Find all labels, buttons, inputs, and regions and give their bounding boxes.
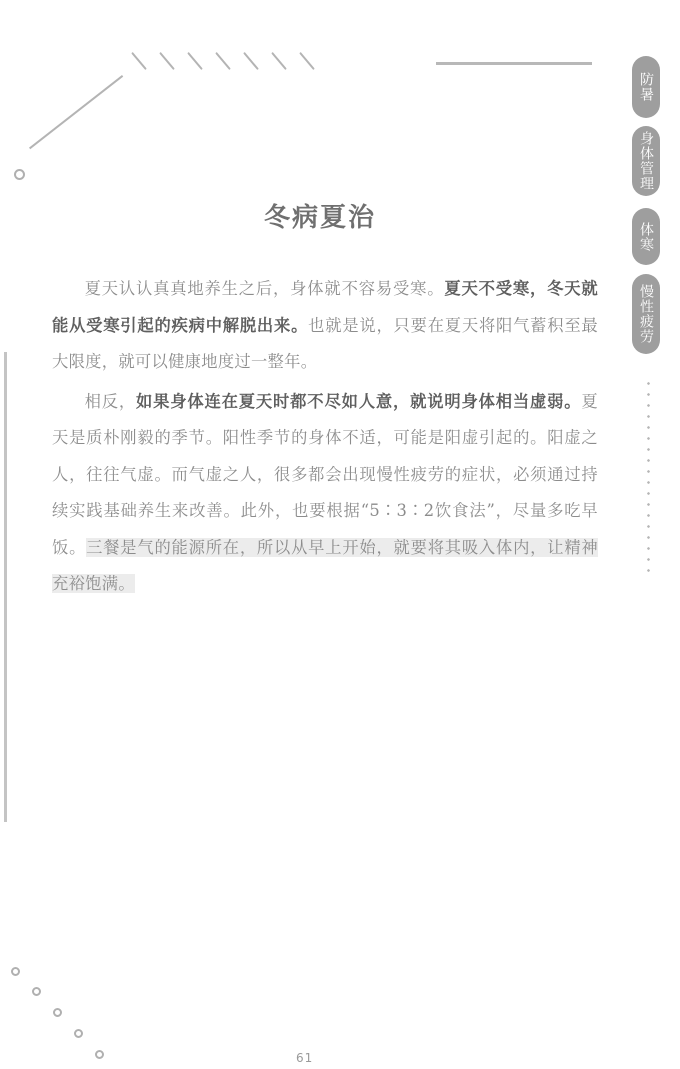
tab-label: 防暑: [638, 72, 654, 102]
slash-mark: [159, 52, 175, 70]
page-title: 冬病夏治: [0, 197, 640, 234]
text-normal: 夏天认认真真地养生之后，身体就不容易受寒。: [85, 279, 445, 298]
tab-heat-prevention[interactable]: 防暑: [632, 56, 660, 118]
slash-mark: [215, 52, 231, 70]
dotted-line: [647, 378, 650, 574]
tab-body-management[interactable]: 身体管理: [632, 126, 660, 196]
tab-label: 体寒: [638, 222, 654, 252]
slash-mark: [187, 52, 203, 70]
tab-chronic-fatigue[interactable]: 慢性疲劳: [632, 274, 660, 354]
text-highlight: 三餐是气的能源所在，所以从早上开始，就要将其吸入体内，让精神充裕饱满。: [52, 538, 598, 594]
slash-mark: [131, 52, 147, 70]
ring-icon: [11, 967, 20, 976]
tab-label: 慢性疲劳: [638, 284, 654, 344]
ring-icon: [53, 1008, 62, 1017]
article-body: 夏天认认真真地养生之后，身体就不容易受寒。夏天不受寒，冬天就能从受寒引起的疾病中…: [52, 271, 598, 606]
left-margin-rule: [4, 352, 7, 822]
text-normal: 夏天是质朴刚毅的季节。阳性季节的身体不适，可能是阳虚引起的。阳虚之人，往往气虚。…: [52, 392, 598, 557]
paragraph-2: 相反，如果身体连在夏天时都不尽如人意，就说明身体相当虚弱。夏天是质朴刚毅的季节。…: [52, 384, 598, 603]
slash-mark: [243, 52, 259, 70]
diagonal-line: [29, 75, 123, 149]
ring-icon: [74, 1029, 83, 1038]
ring-icon: [95, 1050, 104, 1059]
slash-mark: [299, 52, 315, 70]
paragraph-1: 夏天认认真真地养生之后，身体就不容易受寒。夏天不受寒，冬天就能从受寒引起的疾病中…: [52, 271, 598, 381]
tab-label: 身体管理: [638, 131, 654, 191]
page-number: 61: [296, 1051, 313, 1065]
text-normal: 相反，: [85, 392, 136, 411]
ring-icon: [14, 169, 25, 180]
ring-icon: [32, 987, 41, 996]
slash-mark: [271, 52, 287, 70]
top-rule: [436, 62, 592, 65]
text-bold: 如果身体连在夏天时都不尽如人意，就说明身体相当虚弱。: [136, 392, 581, 411]
